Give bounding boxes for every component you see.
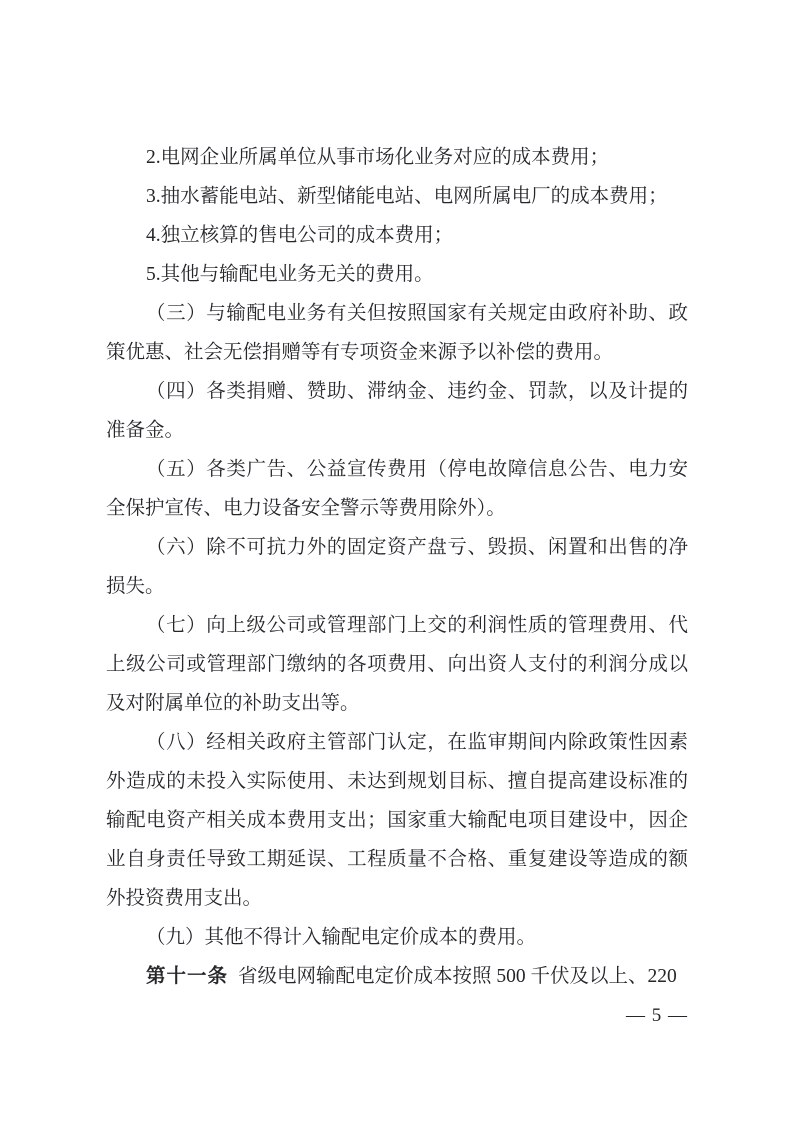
text-line: 及对附属单位的补助支出等。 (106, 684, 688, 723)
document-body: 2.电网企业所属单位从事市场化业务对应的成本费用；3.抽水蓄能电站、新型储能电站… (106, 138, 688, 957)
text-line: 3.抽水蓄能电站、新型储能电站、电网所属电厂的成本费用； (106, 177, 688, 216)
text-line: 策优惠、社会无偿捐赠等有专项资金来源予以补偿的费用。 (106, 333, 688, 372)
text-line: 4.独立核算的售电公司的成本费用； (106, 216, 688, 255)
text-line: （三）与输配电业务有关但按照国家有关规定由政府补助、政 (106, 294, 688, 333)
text-line: 外造成的未投入实际使用、未达到规划目标、擅自提高建设标准的 (106, 762, 688, 801)
text-line: （八）经相关政府主管部门认定，在监审期间内除政策性因素 (106, 723, 688, 762)
article-11-line: 第十一条省级电网输配电定价成本按照 500 千伏及以上、220 (106, 957, 688, 996)
article-11-text: 省级电网输配电定价成本按照 500 千伏及以上、220 (238, 966, 677, 987)
text-line: 输配电资产相关成本费用支出；国家重大输配电项目建设中，因企 (106, 801, 688, 840)
text-line: 5.其他与输配电业务无关的费用。 (106, 255, 688, 294)
text-line: 2.电网企业所属单位从事市场化业务对应的成本费用； (106, 138, 688, 177)
text-line: 全保护宣传、电力设备安全警示等费用除外）。 (106, 489, 688, 528)
document-page: 2.电网企业所属单位从事市场化业务对应的成本费用；3.抽水蓄能电站、新型储能电站… (0, 0, 794, 1123)
text-line: 上级公司或管理部门缴纳的各项费用、向出资人支付的利润分成以 (106, 645, 688, 684)
text-line: 损失。 (106, 567, 688, 606)
article-11-label: 第十一条 (146, 965, 228, 987)
text-line: （七）向上级公司或管理部门上交的利润性质的管理费用、代 (106, 606, 688, 645)
text-line: （九）其他不得计入输配电定价成本的费用。 (106, 918, 688, 957)
text-line: （六）除不可抗力外的固定资产盘亏、毁损、闲置和出售的净 (106, 528, 688, 567)
page-footer: — 5 — (106, 1001, 688, 1031)
text-line: 准备金。 (106, 411, 688, 450)
page-number: — 5 — (626, 1005, 688, 1026)
text-line: 业自身责任导致工期延误、工程质量不合格、重复建设等造成的额 (106, 840, 688, 879)
text-line: 外投资费用支出。 (106, 879, 688, 918)
text-line: （四）各类捐赠、赞助、滞纳金、违约金、罚款，以及计提的 (106, 372, 688, 411)
text-line: （五）各类广告、公益宣传费用（停电故障信息公告、电力安 (106, 450, 688, 489)
